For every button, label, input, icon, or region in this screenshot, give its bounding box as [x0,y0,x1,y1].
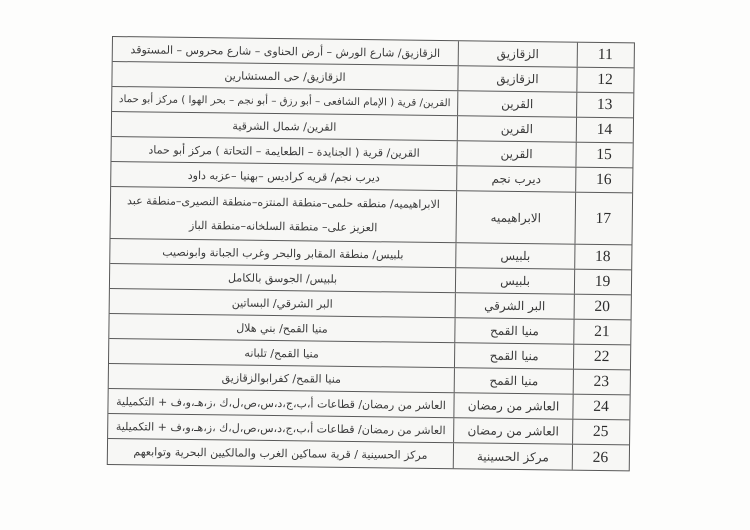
district-cell: العاشر من رمضان [453,418,573,443]
district-cell: الزقازيق [458,41,578,66]
row-number-cell: 24 [573,395,628,420]
area-description-cell: القرين/ قرية ( الجنايدة – الطعايمة – الت… [111,137,456,165]
row-number-cell: 18 [575,245,630,270]
district-cell: الابراهيميه [456,191,577,243]
area-description-cell: البر الشرقي/ البساتين [110,289,455,317]
row-number-cell: 17 [575,193,631,245]
district-cell: منيا القمح [454,368,574,393]
row-number-cell: 20 [575,295,630,320]
row-number-cell: 21 [574,320,629,345]
scanned-areas-table: الزقازيق/ شارع الورش – أرض الحناوى – شار… [107,36,635,471]
area-description-cell: القرين/ قرية ( الإمام الشافعى – أبو رزق … [112,87,457,115]
row-number-cell: 19 [575,270,630,295]
area-description-cell: منيا القمح/ بني هلال [109,314,454,342]
area-description-cell: منيا القمح/ كفرابوالزقازيق [109,364,454,392]
row-number-cell: 16 [576,168,631,193]
row-number-cell: 23 [574,370,629,395]
area-description-cell: القرين/ شمال الشرقية [112,112,457,140]
district-cell: بلبيس [455,268,575,293]
area-description-cell: الزقازيق/ شارع الورش – أرض الحناوى – شار… [113,37,458,65]
district-cell: بلبيس [455,243,575,268]
area-description-cell: الابراهيميه/ منطقه حلمى–منطقة المنتزه–من… [111,187,457,242]
area-description-cell: بلبيس/ منطقة المقابر والبحر وغرب الجبانة… [110,239,455,267]
district-cell: منيا القمح [454,318,574,343]
area-description-cell: الزقازيق/ حى المستشارين [112,62,457,90]
district-cell: منيا القمح [454,343,574,368]
row-number-cell: 26 [573,445,628,471]
row-number-cell: 13 [577,93,632,118]
district-cell: القرين [456,141,576,166]
area-description-cell: العاشر من رمضان/ قطاعات أ،ب،ج،د،س،ص،ل،ك … [108,414,453,442]
area-description-cell: ديرب نجم/ قريه كراديس –بهنيا –عزبه داود [111,162,456,190]
row-number-cell: 11 [578,43,633,68]
district-cell: القرين [457,91,577,116]
row-number-cell: 12 [577,68,632,93]
district-cell: مركز الحسينية [453,443,573,469]
table-row: مركز الحسينية / قرية سماكين الغرب والمال… [108,439,629,470]
area-description-cell: مركز الحسينية / قرية سماكين الغرب والمال… [108,439,453,468]
district-cell: ديرب نجم [456,166,576,191]
area-description-cell: بلبيس/ الجوسق بالكامل [110,264,455,292]
area-description-cell: منيا القمح/ تلبانه [109,339,454,367]
area-description-cell: العاشر من رمضان/ قطاعات أ،ب،ج،د،س،ص،ل،ك … [108,389,453,417]
table-row: الابراهيميه/ منطقه حلمى–منطقة المنتزه–من… [111,187,633,245]
district-cell: الزقازيق [457,66,577,91]
row-number-cell: 15 [576,143,631,168]
row-number-cell: 25 [573,420,628,445]
row-number-cell: 14 [577,118,632,143]
row-number-cell: 22 [574,345,629,370]
district-cell: القرين [457,116,577,141]
district-cell: العاشر من رمضان [453,393,573,418]
district-cell: البر الشرقي [455,293,575,318]
